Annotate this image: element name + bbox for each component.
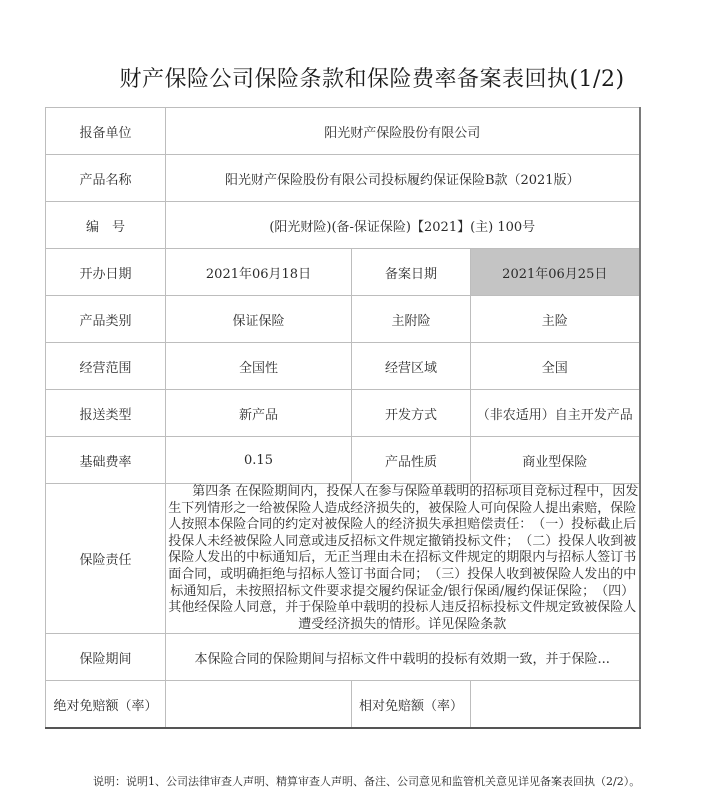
value-absolute-deductible [166,681,352,728]
document-title: 财产保险公司保险条款和保险费率备案表回执(1/2) [0,62,708,93]
label-liability: 保险责任 [46,484,166,634]
row-rate: 基础费率 0.15 产品性质 商业型保险 [46,437,640,484]
filing-receipt-table: 报备单位 阳光财产保险股份有限公司 产品名称 阳光财产保险股份有限公司投标履约保… [45,107,641,729]
row-number: 编 号 (阳光财险)(备-保证保险)【2021】(主) 100号 [46,202,640,249]
label-filing-date: 备案日期 [352,249,471,296]
footnote: 说明：说明1、公司法律审查人声明、精算审查人声明、备注、公司意见和监管机关意见详… [93,773,640,789]
value-filing-unit: 阳光财产保险股份有限公司 [166,108,640,155]
value-product-nature: 商业型保险 [471,437,640,484]
value-submission-type: 新产品 [166,390,352,437]
label-absolute-deductible: 绝对免赔额（率） [46,681,166,728]
label-relative-deductible: 相对免赔额（率） [352,681,471,728]
value-relative-deductible [471,681,640,728]
label-product-name: 产品名称 [46,155,166,202]
value-base-rate: 0.15 [166,437,352,484]
label-number: 编 号 [46,202,166,249]
row-submission: 报送类型 新产品 开发方式 （非农适用）自主开发产品 [46,390,640,437]
value-period: 本保险合同的保险期间与招标文件中载明的投标有效期一致，并于保险... [166,634,640,681]
value-scope: 全国性 [166,343,352,390]
label-category: 产品类别 [46,296,166,343]
label-main-rider: 主附险 [352,296,471,343]
label-filing-unit: 报备单位 [46,108,166,155]
value-category: 保证保险 [166,296,352,343]
row-category: 产品类别 保证保险 主附险 主险 [46,296,640,343]
label-product-nature: 产品性质 [352,437,471,484]
row-product-name: 产品名称 阳光财产保险股份有限公司投标履约保证保险B款（2021版） [46,155,640,202]
value-number: (阳光财险)(备-保证保险)【2021】(主) 100号 [166,202,640,249]
row-dates: 开办日期 2021年06月18日 备案日期 2021年06月25日 [46,249,640,296]
row-period: 保险期间 本保险合同的保险期间与招标文件中载明的投标有效期一致，并于保险... [46,634,640,681]
value-dev-method: （非农适用）自主开发产品 [471,390,640,437]
value-filing-date: 2021年06月25日 [471,249,640,296]
label-submission-type: 报送类型 [46,390,166,437]
value-liability: 第四条 在保险期间内，投保人在参与保险单载明的招标项目竞标过程中，因发生下列情形… [166,484,640,634]
row-filing-unit: 报备单位 阳光财产保险股份有限公司 [46,108,640,155]
row-liability: 保险责任 第四条 在保险期间内，投保人在参与保险单载明的招标项目竞标过程中，因发… [46,484,640,634]
label-region: 经营区域 [352,343,471,390]
label-period: 保险期间 [46,634,166,681]
liability-text: 第四条 在保险期间内，投保人在参与保险单载明的招标项目竞标过程中，因发生下列情形… [168,484,638,632]
row-deductible: 绝对免赔额（率） 相对免赔额（率） [46,681,640,728]
value-product-name: 阳光财产保险股份有限公司投标履约保证保险B款（2021版） [166,155,640,202]
label-dev-method: 开发方式 [352,390,471,437]
value-main-rider: 主险 [471,296,640,343]
value-region: 全国 [471,343,640,390]
value-start-date: 2021年06月18日 [166,249,352,296]
label-start-date: 开办日期 [46,249,166,296]
label-base-rate: 基础费率 [46,437,166,484]
label-scope: 经营范围 [46,343,166,390]
row-scope: 经营范围 全国性 经营区域 全国 [46,343,640,390]
